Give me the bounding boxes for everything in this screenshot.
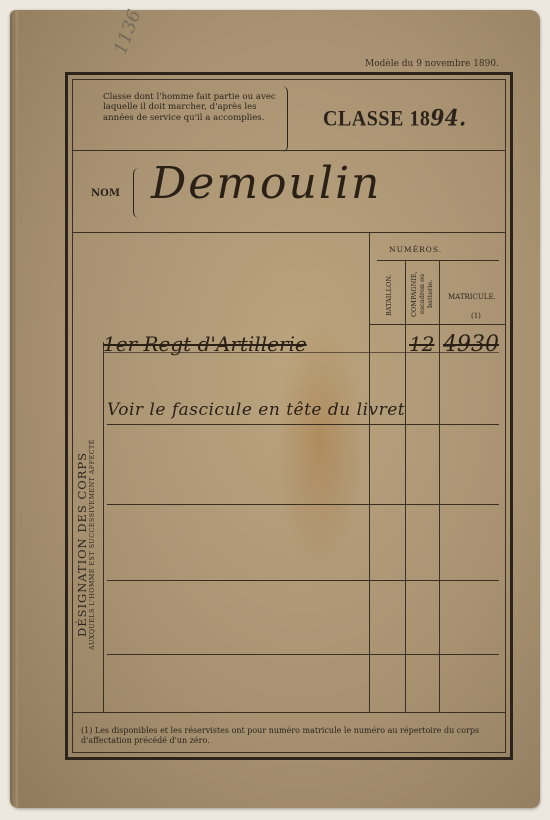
classe-title: CLASSE 1894.: [323, 105, 467, 133]
divider-footnote: [73, 712, 505, 713]
col-bataillon: BATAILLON.: [385, 270, 393, 320]
classe-brace: [281, 86, 288, 152]
numeros-left-line: [369, 232, 370, 712]
entry-corps-2: Voir le fascicule en tête du livret: [107, 400, 405, 420]
nom-value: Demoulin: [151, 158, 381, 209]
classe-label: CLASSE 18: [323, 107, 430, 131]
side-label: DÉSIGNATION DES CORPS: [75, 380, 89, 710]
col-line-1: [405, 260, 406, 712]
col-matricule: MATRICULE.: [448, 293, 496, 301]
row-line-2: [107, 504, 499, 505]
booklet-cover: 1136 Modèle du 9 novembre 1890. Classe d…: [10, 10, 540, 808]
col-line-2: [439, 260, 440, 712]
nom-label: NOM: [91, 188, 120, 199]
form-inner-frame: Classe dont l'homme fait partie ou avec …: [72, 79, 506, 753]
footnote: (1) Les disponibles et les réservistes o…: [81, 726, 505, 746]
numeros-divider: [377, 260, 499, 261]
model-date-line: Modèle du 9 novembre 1890.: [365, 59, 499, 69]
side-brace-line: [103, 342, 104, 712]
col-matricule-note: (1): [471, 312, 481, 320]
divider-nom: [73, 232, 505, 233]
side-sublabel: AUXQUELS L'HOMME EST SUCCESSIVEMENT AFFE…: [89, 380, 96, 710]
row-line-1: [107, 424, 499, 425]
row-line-4: [107, 654, 499, 655]
strike-line: [103, 352, 499, 353]
divider-classe: [73, 150, 505, 151]
header-bottom-line: [369, 324, 505, 325]
entry-matricule-1: 4930: [443, 332, 499, 357]
classe-note: Classe dont l'homme fait partie ou avec …: [103, 92, 281, 123]
numeros-header: NUMÉROS.: [389, 245, 442, 254]
classe-year-handwritten: 94.: [430, 105, 466, 131]
row-line-3: [107, 580, 499, 581]
pencil-annotation: 1136: [110, 7, 145, 57]
form-frame: Classe dont l'homme fait partie ou avec …: [65, 72, 513, 760]
col-compagnie: COMPAGNIE, escadron ou batterie.: [410, 266, 436, 322]
nom-brace: [133, 168, 140, 218]
